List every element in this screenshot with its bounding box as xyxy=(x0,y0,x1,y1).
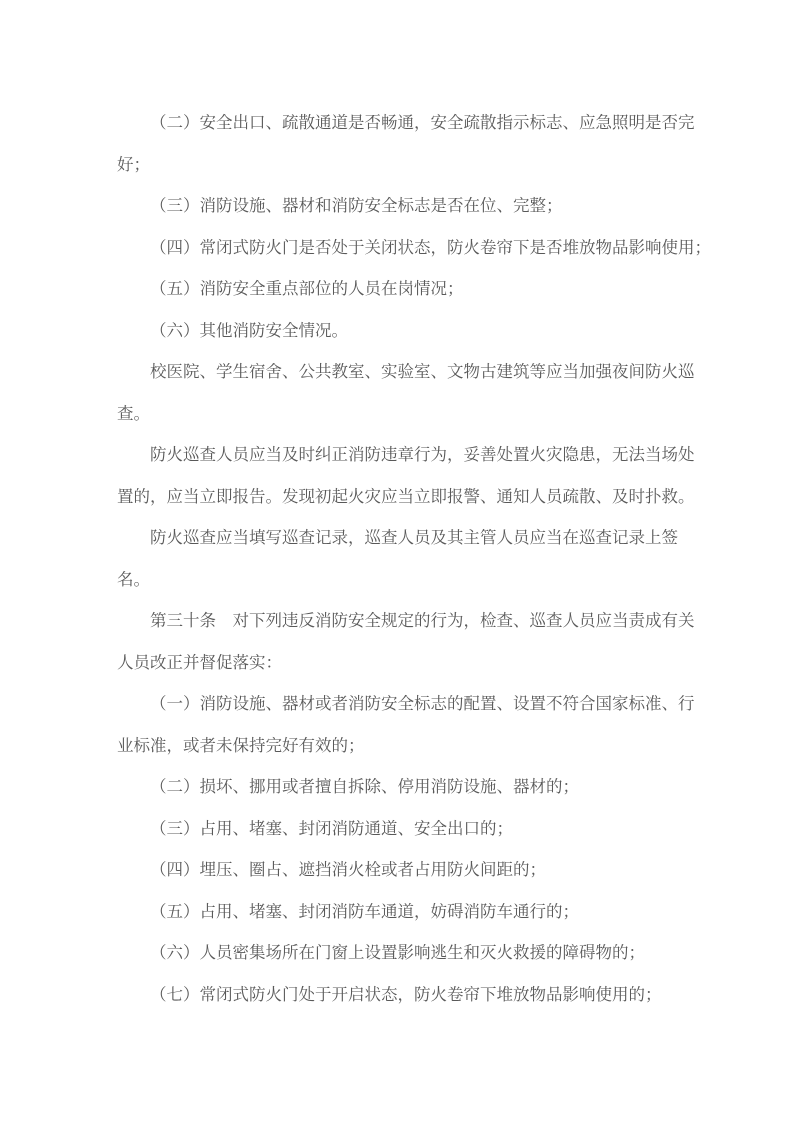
text-line: （五）占用、堵塞、封闭消防车通道，妨碍消防车通行的； xyxy=(117,892,677,934)
text-line: 名。 xyxy=(117,560,677,602)
text-line: 第三十条 对下列违反消防安全规定的行为，检查、巡查人员应当责成有关 xyxy=(117,601,677,643)
text-line: （二）安全出口、疏散通道是否畅通，安全疏散指示标志、应急照明是否完 xyxy=(117,103,677,145)
document-body: （二）安全出口、疏散通道是否畅通，安全疏散指示标志、应急照明是否完好；（三）消防… xyxy=(117,103,677,1016)
text-line: 好； xyxy=(117,145,677,187)
text-line: （六）其他消防安全情况。 xyxy=(117,311,677,353)
text-line: （四）埋压、圈占、遮挡消火栓或者占用防火间距的； xyxy=(117,850,677,892)
text-line: （一）消防设施、器材或者消防安全标志的配置、设置不符合国家标准、行 xyxy=(117,684,677,726)
text-line: 业标准，或者未保持完好有效的； xyxy=(117,726,677,768)
text-line: （七）常闭式防火门处于开启状态，防火卷帘下堆放物品影响使用的； xyxy=(117,975,677,1017)
text-line: （四）常闭式防火门是否处于关闭状态，防火卷帘下是否堆放物品影响使用； xyxy=(117,228,677,270)
text-line: 防火巡查人员应当及时纠正消防违章行为，妥善处置火灾隐患，无法当场处 xyxy=(117,435,677,477)
text-line: （三）消防设施、器材和消防安全标志是否在位、完整； xyxy=(117,186,677,228)
text-line: 校医院、学生宿舍、公共教室、实验室、文物古建筑等应当加强夜间防火巡 xyxy=(117,352,677,394)
text-line: （二）损坏、挪用或者擅自拆除、停用消防设施、器材的； xyxy=(117,767,677,809)
text-line: 人员改正并督促落实： xyxy=(117,643,677,685)
text-line: 置的，应当立即报告。发现初起火灾应当立即报警、通知人员疏散、及时扑救。 xyxy=(117,477,677,519)
text-line: （六）人员密集场所在门窗上设置影响逃生和灭火救援的障碍物的； xyxy=(117,933,677,975)
document-page: （二）安全出口、疏散通道是否畅通，安全疏散指示标志、应急照明是否完好；（三）消防… xyxy=(0,0,793,1122)
text-line: 查。 xyxy=(117,394,677,436)
text-line: （三）占用、堵塞、封闭消防通道、安全出口的； xyxy=(117,809,677,851)
text-line: 防火巡查应当填写巡查记录，巡查人员及其主管人员应当在巡查记录上签 xyxy=(117,518,677,560)
text-line: （五）消防安全重点部位的人员在岗情况； xyxy=(117,269,677,311)
